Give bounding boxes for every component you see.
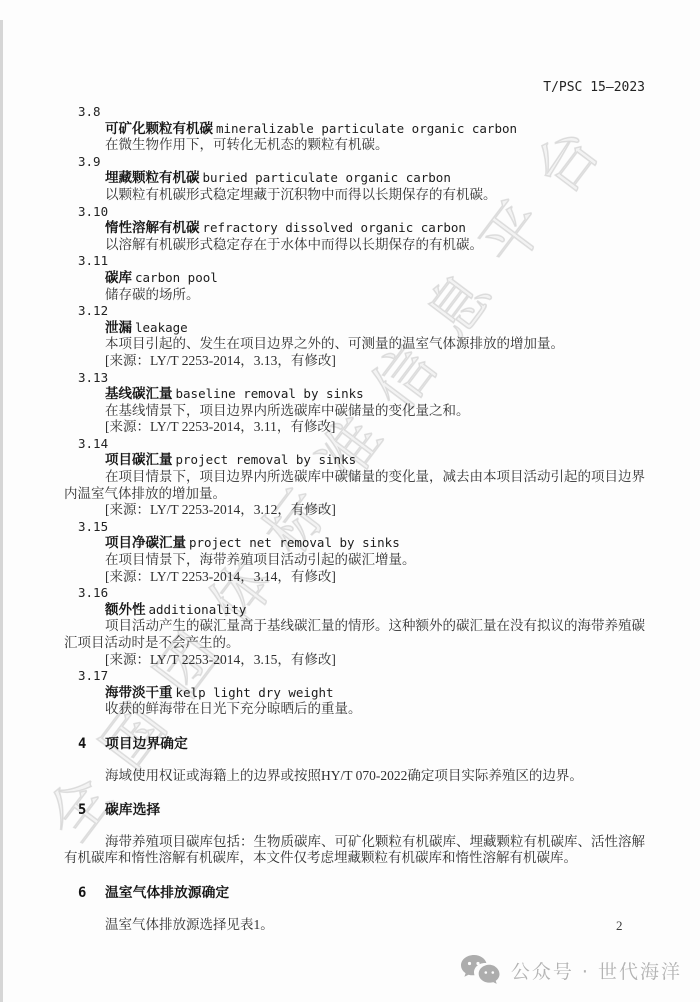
term-definition: 在基线情景下，项目边界内所选碳库中碳储量的变化量之和。 (64, 403, 648, 420)
term-en: buried particulate organic carbon (203, 170, 451, 185)
term-en: project removal by sinks (176, 452, 357, 467)
term-title: 碳库carbon pool (105, 270, 648, 287)
term-number: 3.17 (78, 668, 648, 685)
term-title: 惰性溶解有机碳refractory dissolved organic carb… (105, 220, 648, 237)
clause-heading: 6温室气体排放源确定 (64, 885, 648, 902)
term-zh: 额外性 (105, 602, 146, 618)
wechat-icon (459, 953, 501, 987)
term-number: 3.13 (78, 370, 648, 387)
term-source: [来源：LY/T 2253-2014，3.11，有修改] (105, 419, 648, 436)
term-en: kelp light dry weight (176, 685, 334, 700)
term-zh: 基线碳汇量 (105, 386, 173, 402)
term-number: 3.12 (78, 303, 648, 320)
clause-number: 5 (78, 802, 105, 819)
clause-body: 海域使用权证或海籍上的边界或按照HY/T 070-2022确定项目实际养殖区的边… (64, 768, 648, 785)
term-section: 3.8 可矿化颗粒有机碳mineralizable particulate or… (64, 104, 648, 154)
term-title: 可矿化颗粒有机碳mineralizable particulate organi… (105, 121, 648, 138)
clause-number: 4 (78, 736, 105, 753)
term-zh: 泄漏 (105, 320, 132, 336)
term-number: 3.10 (78, 204, 648, 221)
term-en: project net removal by sinks (189, 535, 400, 550)
standard-code-header: T/PSC 15—2023 (543, 80, 645, 95)
term-section: 3.9 埋藏颗粒有机碳buried particulate organic ca… (64, 154, 648, 204)
term-source: [来源：LY/T 2253-2014，3.13，有修改] (105, 353, 648, 370)
term-title: 额外性additionality (105, 602, 648, 619)
term-en: additionality (149, 602, 247, 617)
term-definition: 在项目情景下，海带养殖项目活动引起的碳汇增量。 (64, 552, 648, 569)
clause-number: 6 (78, 885, 105, 902)
term-definition: 在项目情景下，项目边界内所选碳库中碳储量的变化量，减去由本项目活动引起的项目边界… (64, 469, 648, 502)
term-number: 3.16 (78, 585, 648, 602)
term-zh: 可矿化颗粒有机碳 (105, 121, 213, 137)
term-number: 3.9 (78, 154, 648, 171)
term-title: 泄漏leakage (105, 320, 648, 337)
term-source: [来源：LY/T 2253-2014，3.12，有修改] (105, 502, 648, 519)
term-zh: 海带淡干重 (105, 685, 173, 701)
clause-title: 温室气体排放源确定 (105, 885, 229, 901)
term-number: 3.15 (78, 519, 648, 536)
clause-body: 温室气体排放源选择见表1。 (64, 917, 648, 934)
term-title: 项目净碳汇量project net removal by sinks (105, 535, 648, 552)
term-definition: 收获的鲜海带在日光下充分晾晒后的重量。 (64, 701, 648, 718)
page-number: 2 (616, 918, 623, 934)
term-en: baseline removal by sinks (176, 386, 364, 401)
term-zh: 项目净碳汇量 (105, 535, 186, 551)
term-title: 项目碳汇量project removal by sinks (105, 452, 648, 469)
term-zh: 碳库 (105, 270, 132, 286)
term-en: carbon pool (135, 270, 218, 285)
term-section: 3.17 海带淡干重kelp light dry weight 收获的鲜海带在日… (64, 668, 648, 718)
footer-brand: 公众号 · 世代海洋 (459, 948, 682, 992)
clause-title: 碳库选择 (105, 802, 160, 818)
clause-body: 海带养殖项目碳库包括：生物质碳库、可矿化颗粒有机碳库、埋藏颗粒有机碳库、活性溶解… (64, 834, 648, 867)
clause-section: 5碳库选择 海带养殖项目碳库包括：生物质碳库、可矿化颗粒有机碳库、埋藏颗粒有机碳… (64, 802, 648, 867)
term-section: 3.16 额外性additionality 项目活动产生的碳汇量高于基线碳汇量的… (64, 585, 648, 668)
term-section: 3.11 碳库carbon pool 储存碳的场所。 (64, 253, 648, 303)
scan-edge-artifact (0, 20, 3, 1002)
term-definition: 项目活动产生的碳汇量高于基线碳汇量的情形。这种额外的碳汇量在没有拟议的海带养殖碳… (64, 618, 648, 651)
term-definition: 以颗粒有机碳形式稳定埋藏于沉积物中而得以长期保存的有机碳。 (64, 187, 648, 204)
term-zh: 惰性溶解有机碳 (105, 220, 200, 236)
term-en: mineralizable particulate organic carbon (216, 121, 517, 136)
clause-section: 4项目边界确定 海域使用权证或海籍上的边界或按照HY/T 070-2022确定项… (64, 736, 648, 784)
term-definition: 储存碳的场所。 (64, 287, 648, 304)
clause-title: 项目边界确定 (105, 736, 188, 752)
term-en: leakage (135, 320, 188, 335)
term-section: 3.13 基线碳汇量baseline removal by sinks 在基线情… (64, 370, 648, 436)
term-section: 3.10 惰性溶解有机碳refractory dissolved organic… (64, 204, 648, 254)
term-number: 3.11 (78, 253, 648, 270)
term-source: [来源：LY/T 2253-2014，3.15，有修改] (105, 652, 648, 669)
term-number: 3.14 (78, 436, 648, 453)
term-number: 3.8 (78, 104, 648, 121)
term-title: 埋藏颗粒有机碳buried particulate organic carbon (105, 170, 648, 187)
term-source: [来源：LY/T 2253-2014，3.14，有修改] (105, 569, 648, 586)
footer-account-label: 公众号 · 世代海洋 (511, 957, 682, 984)
term-section: 3.14 项目碳汇量project removal by sinks 在项目情景… (64, 436, 648, 519)
term-en: refractory dissolved organic carbon (203, 220, 466, 235)
term-section: 3.15 项目净碳汇量project net removal by sinks … (64, 519, 648, 585)
term-title: 基线碳汇量baseline removal by sinks (105, 386, 648, 403)
clause-section: 6温室气体排放源确定 温室气体排放源选择见表1。 (64, 885, 648, 933)
clause-heading: 4项目边界确定 (64, 736, 648, 753)
term-zh: 项目碳汇量 (105, 452, 173, 468)
clause-heading: 5碳库选择 (64, 802, 648, 819)
term-zh: 埋藏颗粒有机碳 (105, 170, 200, 186)
term-definition: 以溶解有机碳形式稳定存在于水体中而得以长期保存的有机碳。 (64, 237, 648, 254)
term-title: 海带淡干重kelp light dry weight (105, 685, 648, 702)
term-section: 3.12 泄漏leakage 本项目引起的、发生在项目边界之外的、可测量的温室气… (64, 303, 648, 369)
term-definition: 本项目引起的、发生在项目边界之外的、可测量的温室气体源排放的增加量。 (64, 336, 648, 353)
document-body: 3.8 可矿化颗粒有机碳mineralizable particulate or… (64, 104, 648, 933)
term-definition: 在微生物作用下，可转化无机态的颗粒有机碳。 (64, 137, 648, 154)
